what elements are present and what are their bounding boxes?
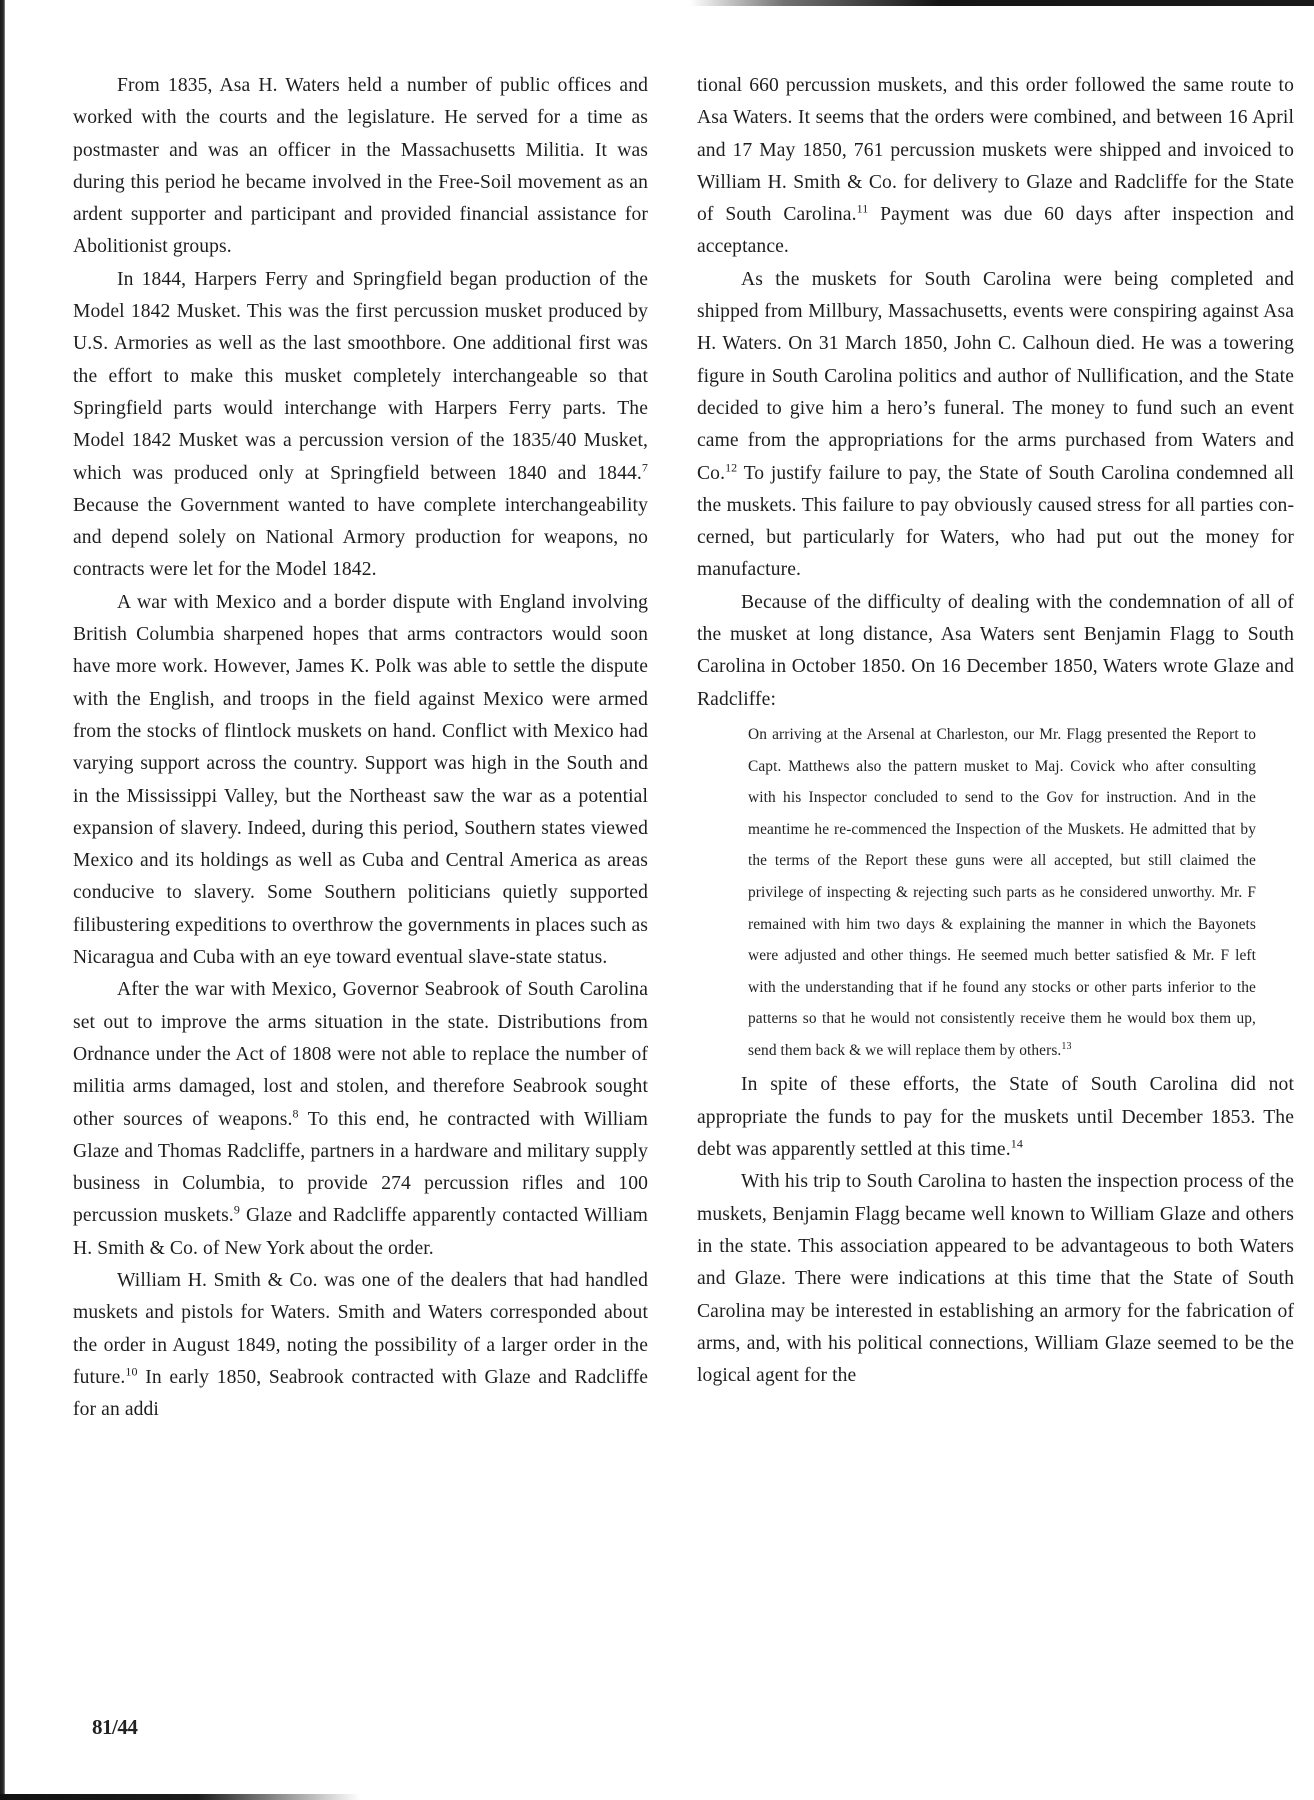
scan-left-edge-shadow (0, 0, 5, 1800)
paragraph-text: Because the Government wanted to have co… (73, 495, 648, 581)
footnote-ref: 14 (1011, 1137, 1023, 1151)
left-column: From 1835, Asa H. Waters held a number o… (73, 70, 648, 1426)
footnote-ref: 11 (857, 202, 869, 216)
paragraph-governor-seabrook: After the war with Mexico, Governor Seab… (73, 974, 648, 1265)
paragraph-text: After the war with Mexico, Governor Seab… (73, 979, 648, 1129)
paragraph-funds-appropriated: In spite of these efforts, the State of … (697, 1069, 1294, 1166)
paragraph-benjamin-flagg-sent: Because of the difficulty of dealing wit… (697, 587, 1294, 716)
scan-top-edge-shadow (690, 0, 1314, 6)
paragraph-text: In spite of these efforts, the State of … (697, 1074, 1294, 1160)
paragraph-text: In 1844, Harpers Ferry and Springfield b… (73, 269, 648, 484)
paragraph-model-1842-musket: In 1844, Harpers Ferry and Springfield b… (73, 264, 648, 587)
right-column: tional 660 percussion muskets, and this … (697, 70, 1294, 1392)
footnote-ref: 13 (1061, 1041, 1071, 1052)
paragraph-text: In early 1850, Seabrook contracted with … (73, 1367, 648, 1420)
footnote-ref: 10 (125, 1364, 137, 1378)
footnote-ref: 7 (642, 460, 648, 474)
quote-text: On arriving at the Arsenal at Charleston… (748, 726, 1256, 1059)
block-quote-letter: On arriving at the Arsenal at Charleston… (748, 719, 1256, 1067)
paragraph-text: As the muskets for South Carolina were b… (697, 269, 1294, 484)
paragraph-text: tional 660 percussion muskets, and this … (697, 75, 1294, 225)
paragraph-war-with-mexico: A war with Mexico and a border dispute w… (73, 587, 648, 975)
paragraph-additional-660-muskets: tional 660 percussion muskets, and this … (697, 70, 1294, 264)
scan-bottom-edge-shadow (0, 1794, 360, 1800)
footnote-ref: 12 (725, 460, 737, 474)
paragraph-text: To justify failure to pay, the State of … (697, 463, 1294, 581)
paragraph-flagg-well-known: With his trip to South Carolina to haste… (697, 1166, 1294, 1392)
paragraph-william-h-smith: William H. Smith & Co. was one of the de… (73, 1265, 648, 1426)
paragraph-calhoun-died: As the muskets for South Carolina were b… (697, 264, 1294, 587)
paragraph-asa-waters-offices: From 1835, Asa H. Waters held a number o… (73, 70, 648, 264)
page-number: 81/44 (92, 1715, 137, 1740)
